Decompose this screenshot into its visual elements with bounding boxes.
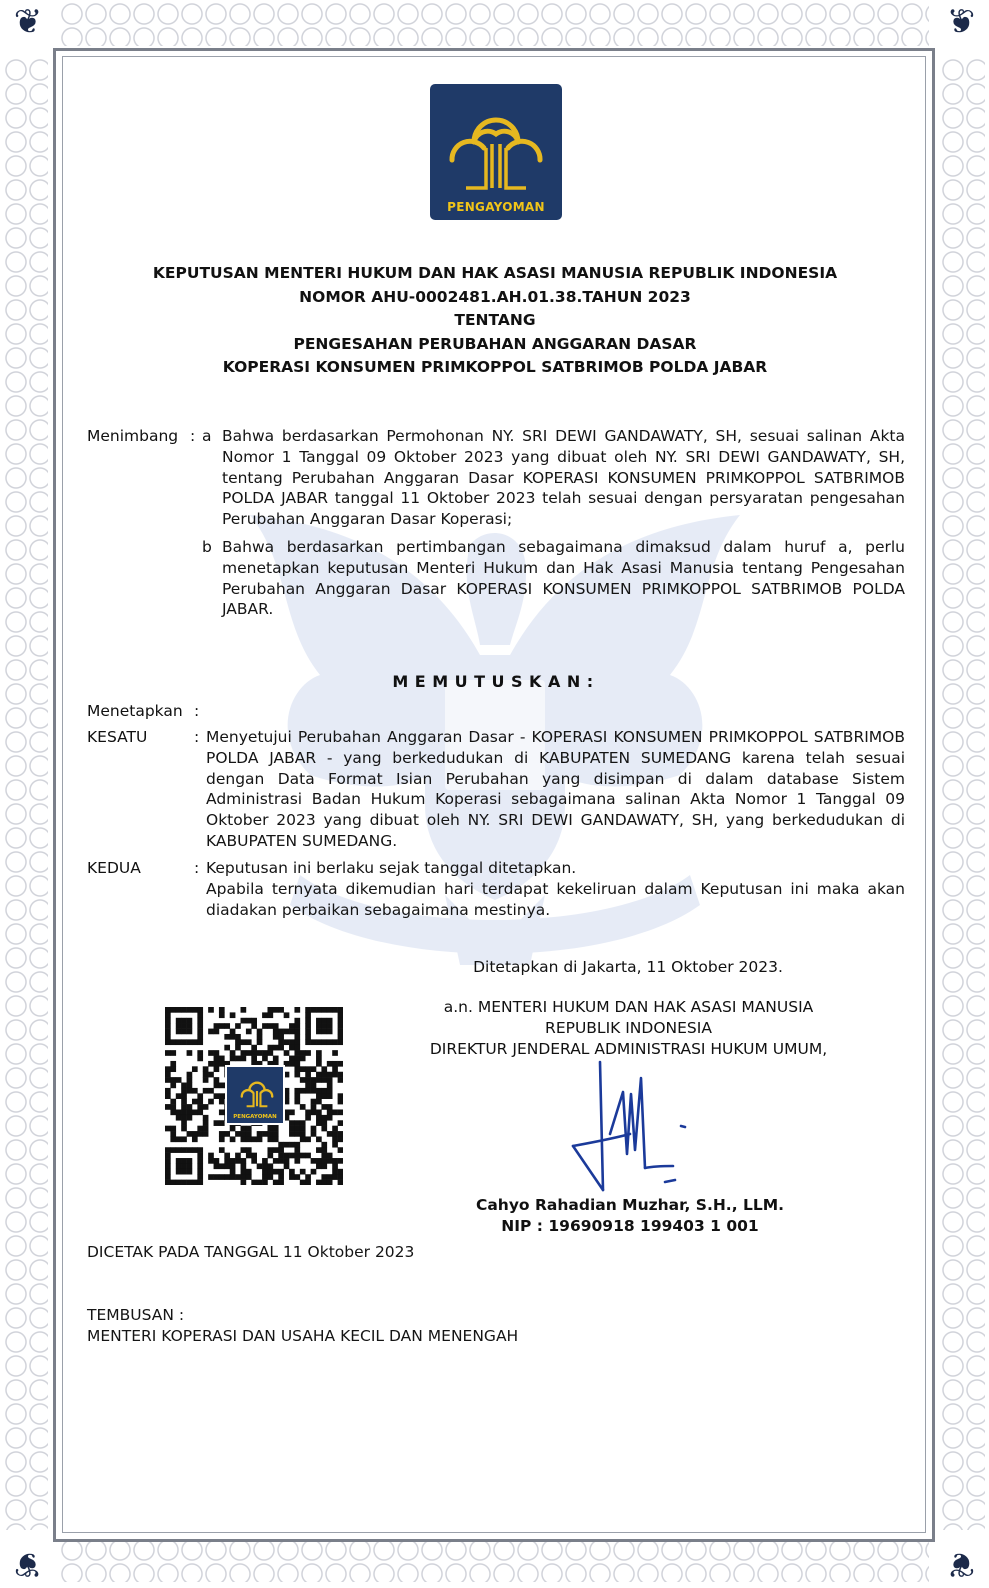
logo-label: PENGAYOMAN [430, 200, 562, 214]
border-pattern-top [60, 2, 929, 46]
qr-logo-label: PENGAYOMAN [227, 1114, 283, 1120]
on-behalf-line2: REPUBLIK INDONESIA [410, 1018, 847, 1039]
kesatu-colon: : [194, 727, 199, 748]
tembusan-recipient: MENTERI KOPERASI DAN USAHA KECIL DAN MEN… [87, 1326, 518, 1347]
heading-entity: KOPERASI KONSUMEN PRIMKOPPOL SATBRIMOB P… [100, 356, 890, 380]
place-date: Ditetapkan di Jakarta, 11 Oktober 2023. [408, 957, 848, 978]
pengayoman-logo: PENGAYOMAN [430, 84, 562, 220]
tembusan-label: TEMBUSAN : [87, 1305, 184, 1326]
border-pattern-bottom [60, 1538, 929, 1582]
signer-position: DIREKTUR JENDERAL ADMINISTRASI HUKUM UMU… [410, 1039, 847, 1060]
kesatu-text: Menyetujui Perubahan Anggaran Dasar - KO… [206, 727, 905, 852]
printed-date: DICETAK PADA TANGGAL 11 Oktober 2023 [87, 1242, 414, 1263]
menetapkan-colon: : [194, 701, 199, 722]
menimbang-label: Menimbang [87, 426, 178, 447]
on-behalf-line1: a.n. MENTERI HUKUM DAN HAK ASASI MANUSIA [410, 997, 847, 1018]
qr-center-logo: PENGAYOMAN [225, 1065, 285, 1125]
menimbang-colon: : [190, 426, 195, 447]
border-pattern-right [941, 58, 985, 1530]
ornamental-corner-icon: ❦ [8, 2, 48, 42]
heading-number: NOMOR AHU-0002481.AH.01.38.TAHUN 2023 [100, 286, 890, 310]
heading-about: TENTANG [100, 309, 890, 333]
memutuskan-heading: MEMUTUSKAN: [87, 672, 905, 691]
heading-subject: PENGESAHAN PERUBAHAN ANGGARAN DASAR [100, 333, 890, 357]
signer-nip: NIP : 19690918 199403 1 001 [410, 1216, 850, 1237]
border-pattern-left [4, 58, 48, 1530]
menimbang-item-letter-b: b [202, 537, 212, 558]
kedua-label: KEDUA [87, 858, 141, 879]
ornamental-corner-icon: ❦ [8, 1544, 48, 1584]
on-behalf-block: a.n. MENTERI HUKUM DAN HAK ASASI MANUSIA… [410, 997, 847, 1059]
heading-title: KEPUTUSAN MENTERI HUKUM DAN HAK ASASI MA… [100, 262, 890, 286]
menimbang-item-b-text: Bahwa berdasarkan pertimbangan sebagaima… [222, 537, 905, 620]
kesatu-label: KESATU [87, 727, 147, 748]
decree-heading: KEPUTUSAN MENTERI HUKUM DAN HAK ASASI MA… [100, 262, 890, 380]
kedua-line2: Apabila ternyata dikemudian hari terdapa… [206, 879, 905, 921]
ornamental-corner-icon: ❦ [941, 2, 981, 42]
menimbang-item-a-text: Bahwa berdasarkan Permohonan NY. SRI DEW… [222, 426, 905, 530]
ornamental-corner-icon: ❦ [941, 1544, 981, 1584]
kedua-line1: Keputusan ini berlaku sejak tanggal dite… [206, 858, 905, 879]
menetapkan-label: Menetapkan [87, 701, 183, 722]
qr-code[interactable]: PENGAYOMAN [165, 1007, 343, 1185]
pengayoman-tree-emblem-icon [239, 1071, 275, 1111]
kedua-colon: : [194, 858, 199, 879]
signer-name: Cahyo Rahadian Muzhar, S.H., LLM. [410, 1195, 850, 1216]
handwritten-signature-icon [565, 1058, 695, 1198]
pengayoman-tree-emblem-icon [444, 94, 548, 194]
menimbang-item-letter-a: a [202, 426, 212, 447]
